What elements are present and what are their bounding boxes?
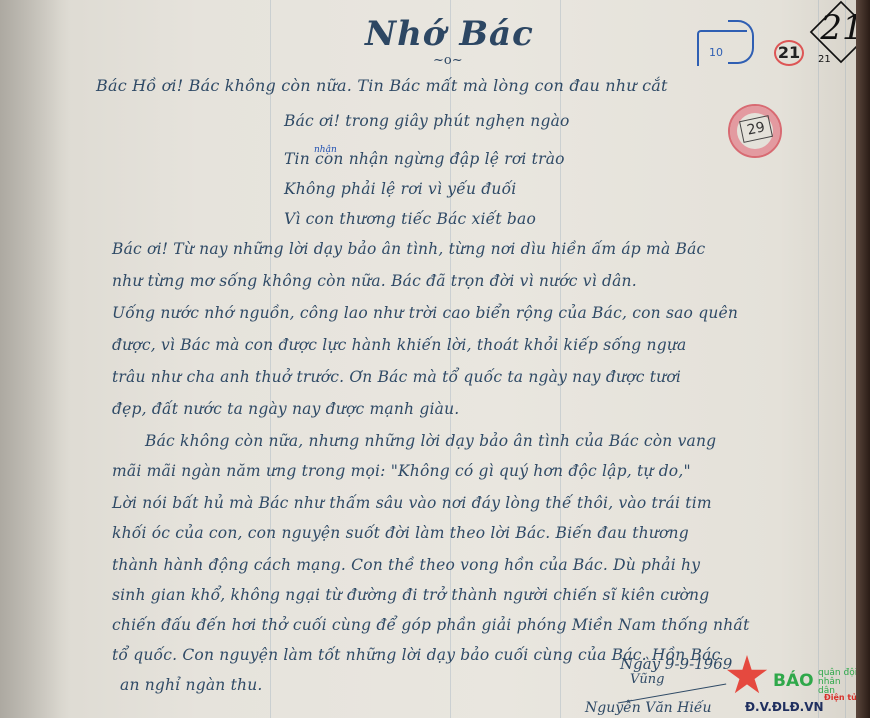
poem-line: Vì con thương tiếc Bác xiết bao (284, 210, 536, 228)
signature: Vũng (630, 672, 664, 687)
photo-right-edge (856, 0, 870, 718)
body-line: được, vì Bác mà con được lực hành khiến … (112, 336, 687, 354)
page-shadow (0, 0, 70, 718)
body-line: như từng mơ sống không còn nữa. Bác đã t… (112, 272, 637, 290)
letter-date: Ngày 9-9-1969 (620, 655, 732, 673)
poem-line: Bác ơi! trong giây phút nghẹn ngào (284, 112, 570, 130)
blue-stroke-icon (728, 20, 754, 64)
ruled-line (450, 0, 451, 718)
watermark-subtitle: quân đội nhân dân (818, 669, 858, 696)
title-ornament: ~o~ (433, 53, 463, 68)
poem-line: Không phải lệ rơi vì yếu đuối (284, 180, 516, 198)
watermark-brand: BÁO (773, 671, 814, 691)
ruled-line (560, 0, 561, 718)
body-line: Bác không còn nữa, nhưng những lời dạy b… (145, 432, 716, 450)
boxed-subnumber: 21 (818, 54, 831, 65)
ruled-line (845, 0, 846, 718)
letter-page: Nhớ Bác ~o~ 10 21 21 21 29 Bác Hồ ơi! Bá… (0, 0, 858, 718)
boxed-number: 21 (817, 8, 858, 48)
poem-line: Tin con nhận ngừng đập lệ rơi trào (284, 150, 565, 168)
opening-line: Bác Hồ ơi! Bác không còn nữa. Tin Bác mấ… (96, 76, 668, 95)
red-circled-number: 21 (774, 40, 804, 66)
body-line: Lời nói bất hủ mà Bác như thấm sâu vào n… (112, 494, 712, 512)
body-line: Bác ơi! Từ nay những lời dạy bảo ân tình… (112, 240, 705, 258)
page-title: Nhớ Bác (365, 14, 534, 54)
body-line: chiến đấu đến hơi thở cuối cùng để góp p… (112, 616, 750, 634)
body-line: an nghỉ ngàn thu. (120, 676, 263, 694)
watermark-tag: Điện tử (824, 693, 857, 702)
body-line: thành hành động cách mạng. Con thề theo … (112, 556, 700, 574)
body-line: đẹp, đất nước ta ngày nay được mạnh giàu… (112, 400, 459, 418)
body-line: khối óc của con, con nguyện suốt đời làm… (112, 524, 689, 542)
body-line: Uống nước nhớ nguồn, công lao như trời c… (112, 304, 738, 322)
body-line: sinh gian khổ, không ngại từ đường đi tr… (112, 586, 709, 604)
ruled-line (270, 0, 271, 718)
author-name: Nguyễn Văn Hiếu (585, 700, 711, 716)
ruled-line (818, 0, 819, 718)
unit-code: Đ.V.ĐLĐ.VN (745, 700, 824, 714)
body-line: mãi mãi ngàn năm ưng trong mọi: "Không c… (112, 462, 691, 480)
body-line: trâu như cha anh thuở trước. Ơn Bác mà t… (112, 368, 681, 386)
